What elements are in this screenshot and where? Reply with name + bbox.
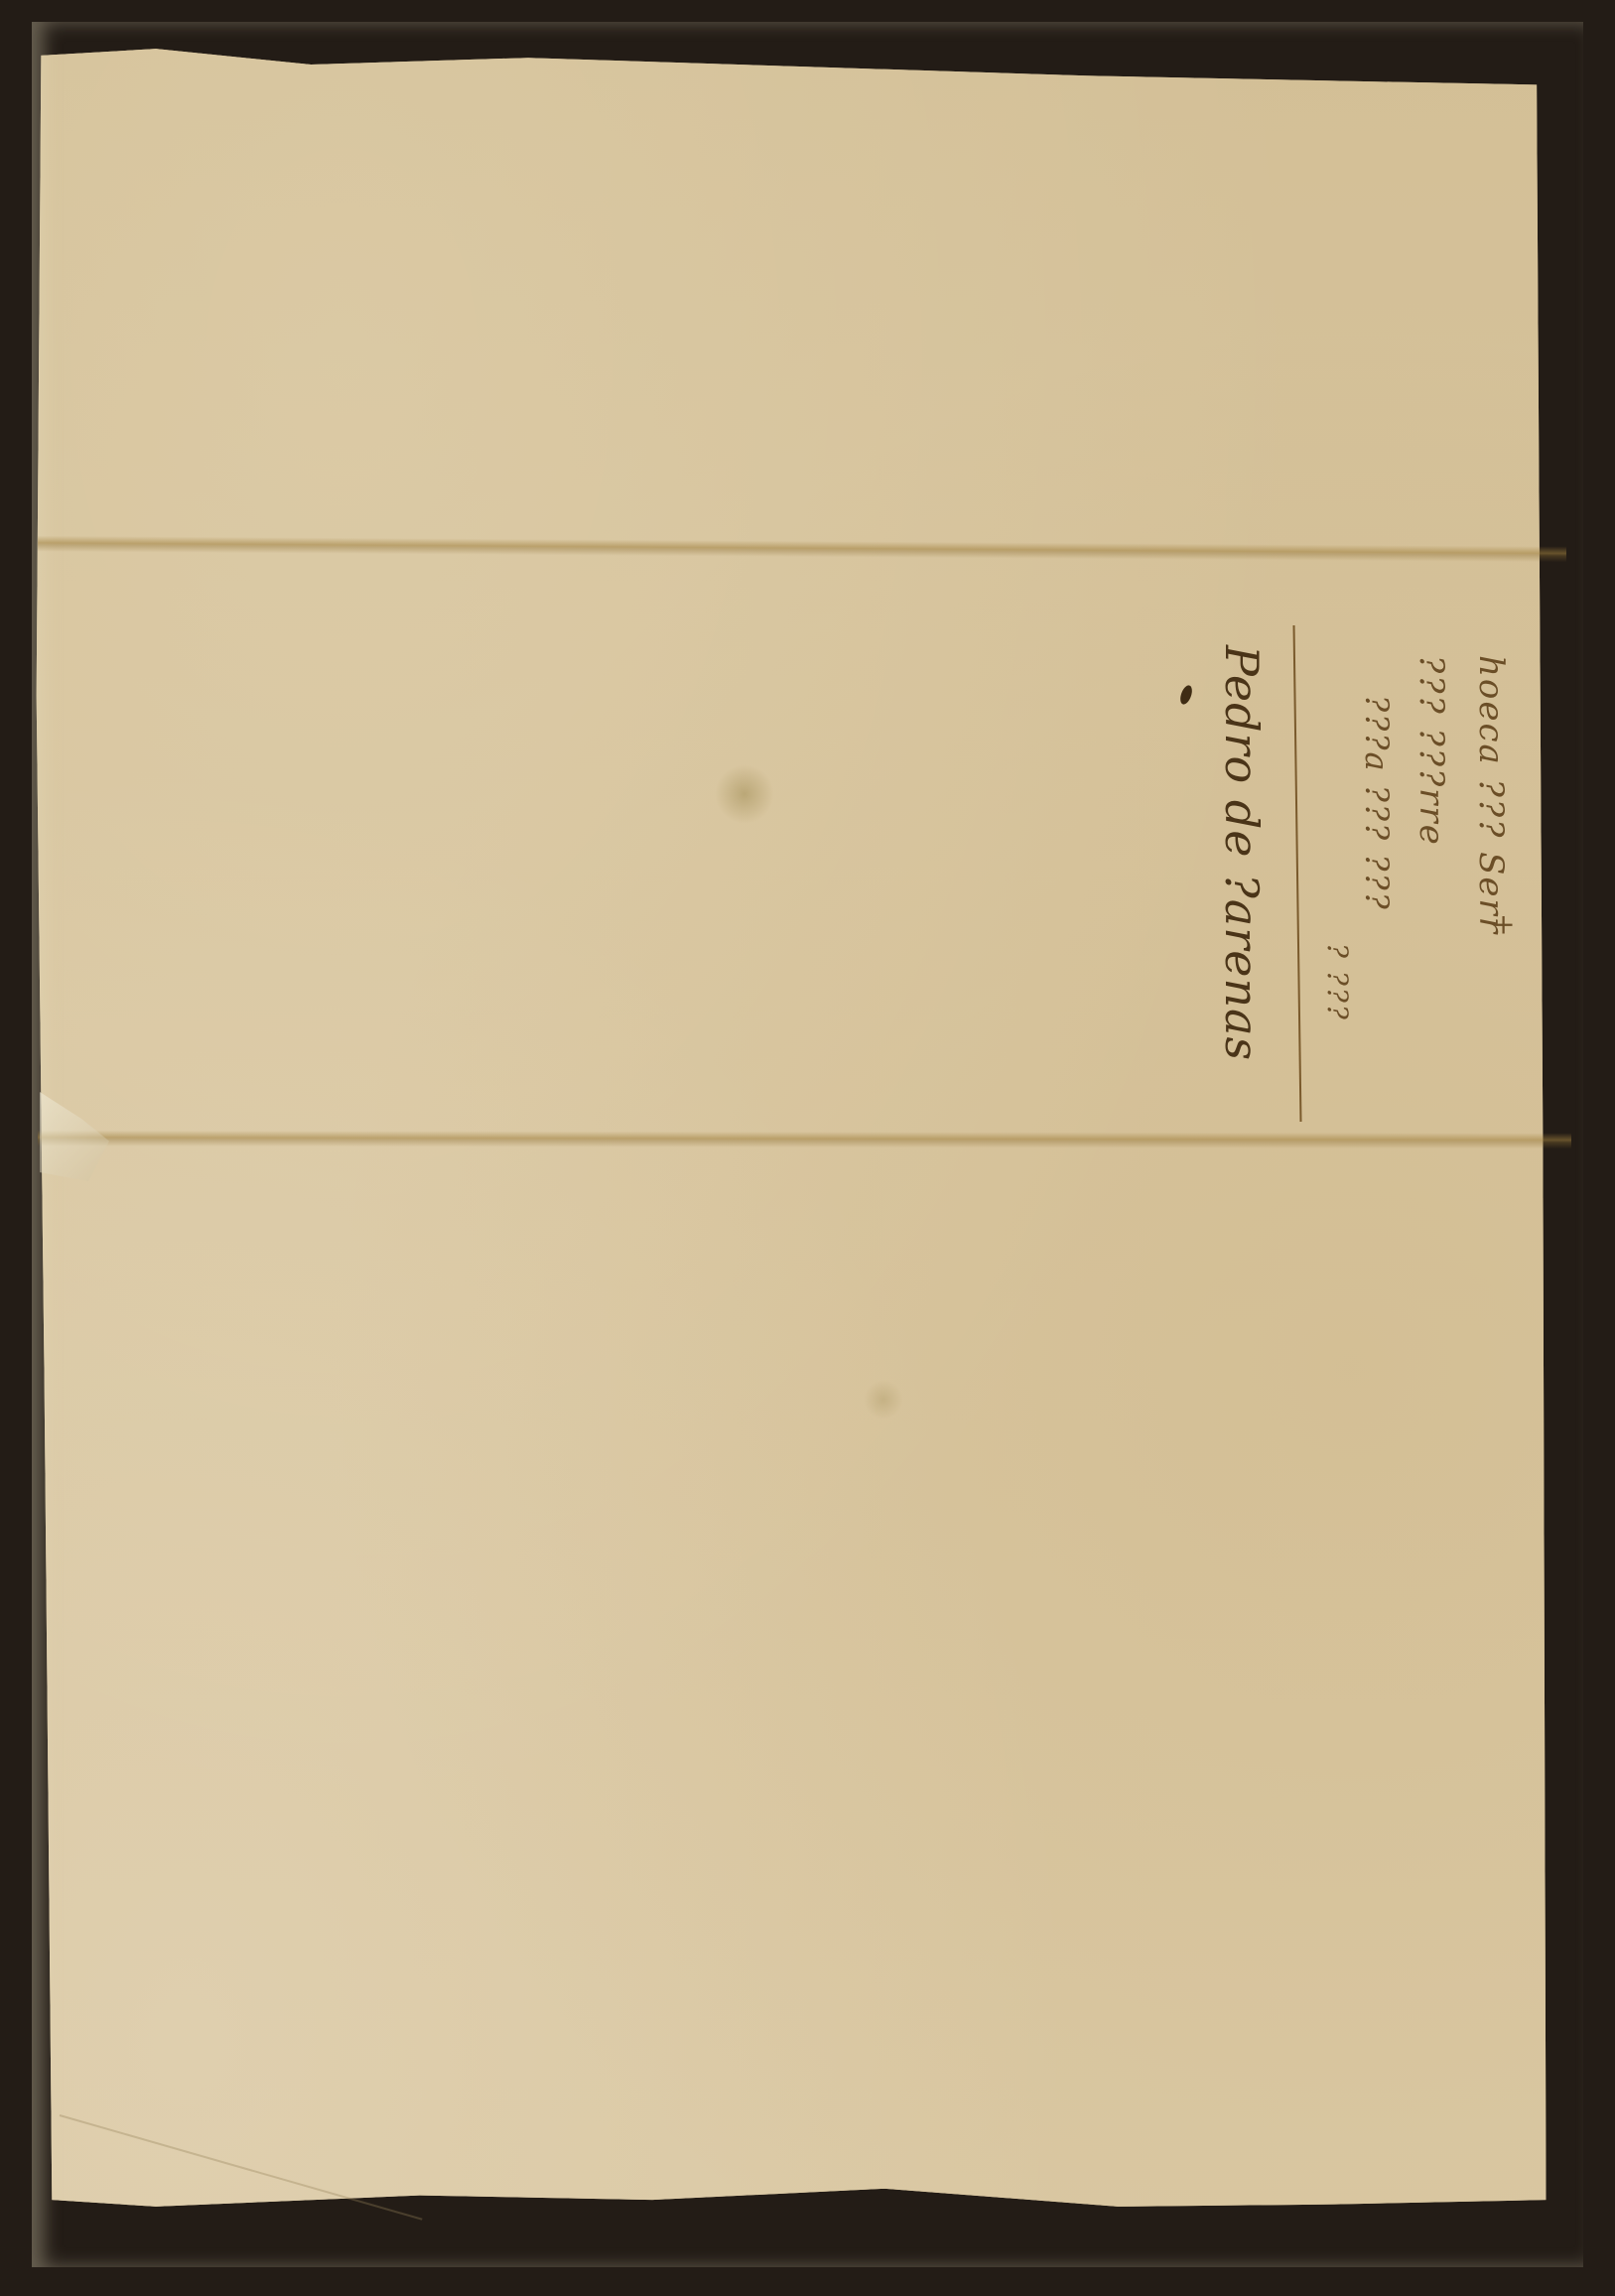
signature: Pedro de ?arenas <box>1215 645 1269 1061</box>
docket-line-4: ? ??? <box>1321 943 1354 1021</box>
stain-spot <box>864 1380 903 1419</box>
docket-rotated-block: + hoeca ??? Serr ??? ???rre ???a ??? ???… <box>1112 615 1529 1151</box>
docket-rule <box>1293 625 1302 1122</box>
docket-line-1: hoeca ??? Serr <box>1471 655 1511 935</box>
docket-line-2: ??? ???rre <box>1412 655 1451 847</box>
stain-spot <box>715 764 774 824</box>
docket-annotation: + hoeca ??? Serr ??? ???rre ???a ??? ???… <box>1112 615 1529 1151</box>
signature-flourish <box>1178 684 1194 706</box>
docket-line-3: ???a ??? ??? <box>1358 695 1396 911</box>
